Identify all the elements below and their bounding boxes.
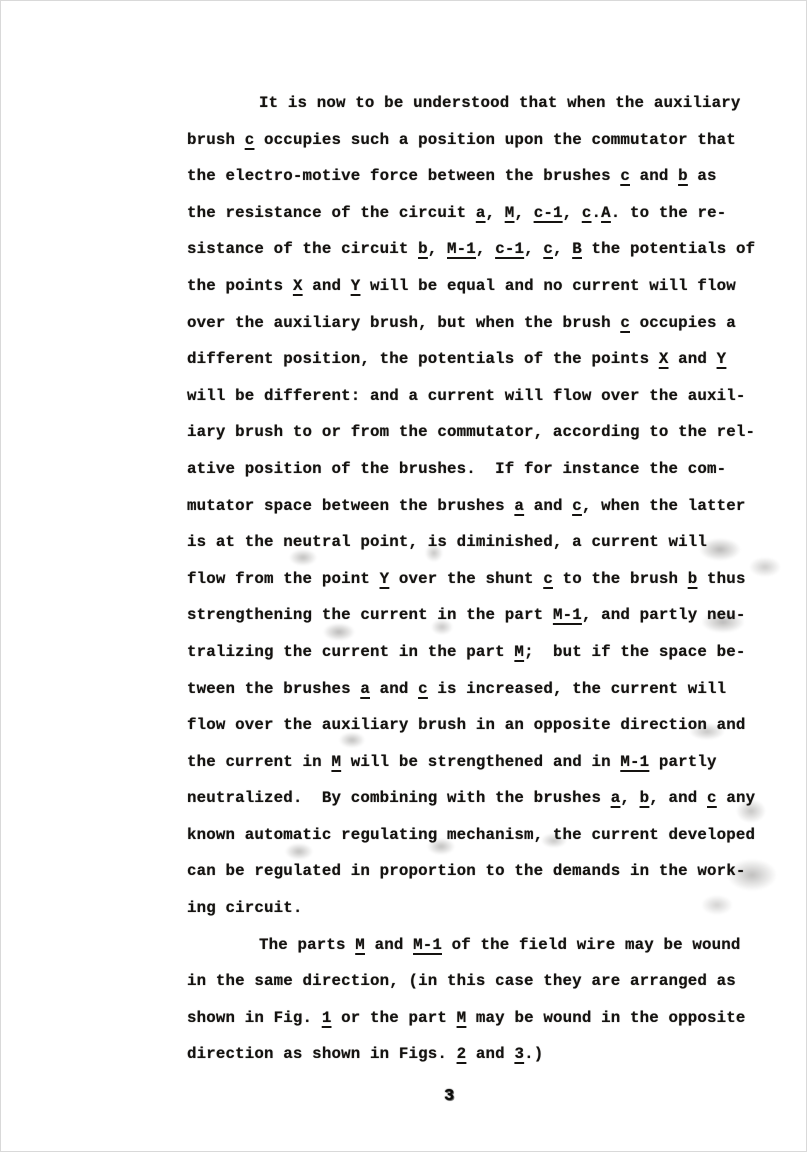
text-line: different position, the potentials of th…	[187, 341, 765, 378]
text-line: sistance of the circuit b, M-1, c-1, c, …	[187, 231, 765, 268]
text-line: flow from the point Y over the shunt c t…	[187, 561, 765, 598]
text-line: over the auxiliary brush, but when the b…	[187, 305, 765, 342]
text-line: brush c occupies such a position upon th…	[187, 122, 765, 159]
text-line: will be different: and a current will fl…	[187, 378, 765, 415]
text-line: direction as shown in Figs. 2 and 3.)	[187, 1036, 765, 1073]
text-line: the electro-motive force between the bru…	[187, 158, 765, 195]
document-text: It is now to be understood that when the…	[187, 85, 765, 1073]
text-line: tween the brushes a and c is increased, …	[187, 671, 765, 708]
document-page: It is now to be understood that when the…	[0, 0, 807, 1152]
text-line: The parts M and M-1 of the field wire ma…	[187, 927, 765, 964]
text-line: It is now to be understood that when the…	[187, 85, 765, 122]
page-number: 3	[444, 1087, 454, 1106]
text-line: flow over the auxiliary brush in an oppo…	[187, 707, 765, 744]
text-line: tralizing the current in the part M; but…	[187, 634, 765, 671]
text-line: strengthening the current in the part M-…	[187, 597, 765, 634]
text-line: can be regulated in proportion to the de…	[187, 853, 765, 890]
text-line: iary brush to or from the commutator, ac…	[187, 414, 765, 451]
text-line: the current in M will be strengthened an…	[187, 744, 765, 781]
text-line: ative position of the brushes. If for in…	[187, 451, 765, 488]
text-line: known automatic regulating mechanism, th…	[187, 817, 765, 854]
text-line: is at the neutral point, is diminished, …	[187, 524, 765, 561]
text-line: ing circuit.	[187, 890, 765, 927]
text-line: the points X and Y will be equal and no …	[187, 268, 765, 305]
text-line: neutralized. By combining with the brush…	[187, 780, 765, 817]
text-line: mutator space between the brushes a and …	[187, 488, 765, 525]
text-line: in the same direction, (in this case the…	[187, 963, 765, 1000]
text-line: shown in Fig. 1 or the part M may be wou…	[187, 1000, 765, 1037]
text-line: the resistance of the circuit a, M, c-1,…	[187, 195, 765, 232]
